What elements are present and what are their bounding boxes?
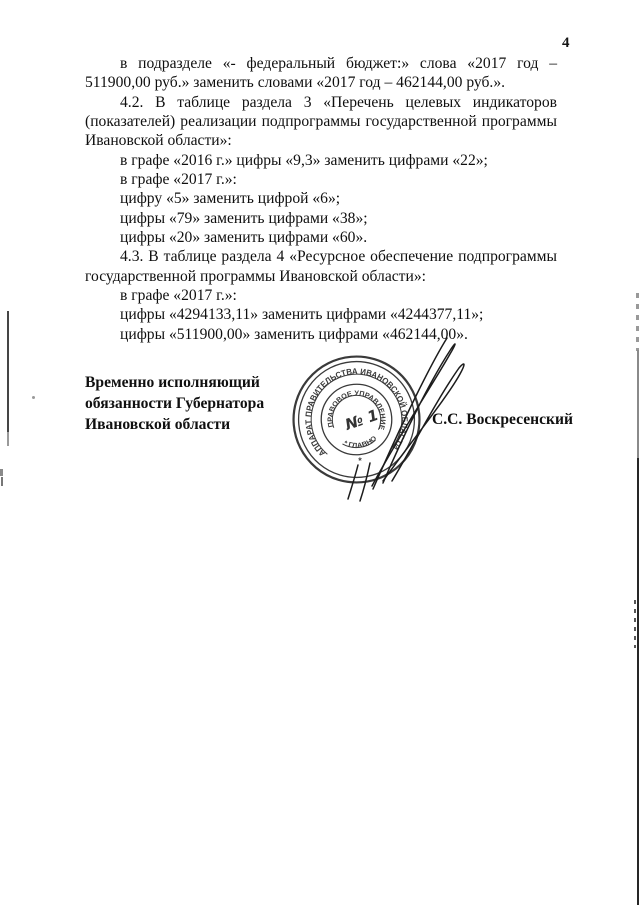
text-line: в графе «2017 г.»: bbox=[85, 170, 557, 189]
text-line: в подразделе «- федеральный бюджет:» сло… bbox=[85, 54, 557, 73]
scan-artifact-left-line bbox=[7, 311, 9, 432]
text-line: 4.3. В таблице раздела 4 «Ресурсное обес… bbox=[85, 247, 557, 266]
text-line: 4.2. В таблице раздела 3 «Перечень целев… bbox=[85, 93, 557, 112]
text-line: 511900,00 руб.» заменить словами «2017 г… bbox=[85, 73, 557, 92]
scan-artifact-right-line-black bbox=[637, 458, 639, 905]
scan-artifact-left-mark bbox=[1, 477, 3, 486]
text-line: цифру «5» заменить цифрой «6»; bbox=[85, 189, 557, 208]
scan-artifact-right-dashes bbox=[636, 293, 639, 351]
text-line: Ивановской области»: bbox=[85, 131, 557, 150]
text-line: цифры «20» заменить цифрами «60». bbox=[85, 228, 557, 247]
scan-artifact-left-mark bbox=[0, 469, 3, 476]
text-line: цифры «79» заменить цифрами «38»; bbox=[85, 209, 557, 228]
scan-artifact-right-dashes bbox=[634, 600, 636, 648]
page-number: 4 bbox=[562, 35, 570, 52]
text-line: в графе «2016 г.» цифры «9,3» заменить ц… bbox=[85, 151, 557, 170]
scan-artifact-left-line-faded bbox=[7, 432, 9, 446]
text-line: (показателей) реализации подпрограммы го… bbox=[85, 112, 557, 131]
text-line: цифры «4294133,11» заменить цифрами «424… bbox=[85, 305, 557, 324]
handwritten-signature-icon bbox=[278, 330, 480, 510]
document-page: 4 в подразделе «- федеральный бюджет:» с… bbox=[0, 0, 640, 905]
text-line: в графе «2017 г.»: bbox=[85, 286, 557, 305]
document-body: в подразделе «- федеральный бюджет:» сло… bbox=[85, 54, 557, 344]
text-line: государственной программы Ивановской обл… bbox=[85, 267, 557, 286]
scan-artifact-right-line-gray bbox=[637, 350, 639, 460]
scan-artifact-dot bbox=[32, 396, 35, 399]
